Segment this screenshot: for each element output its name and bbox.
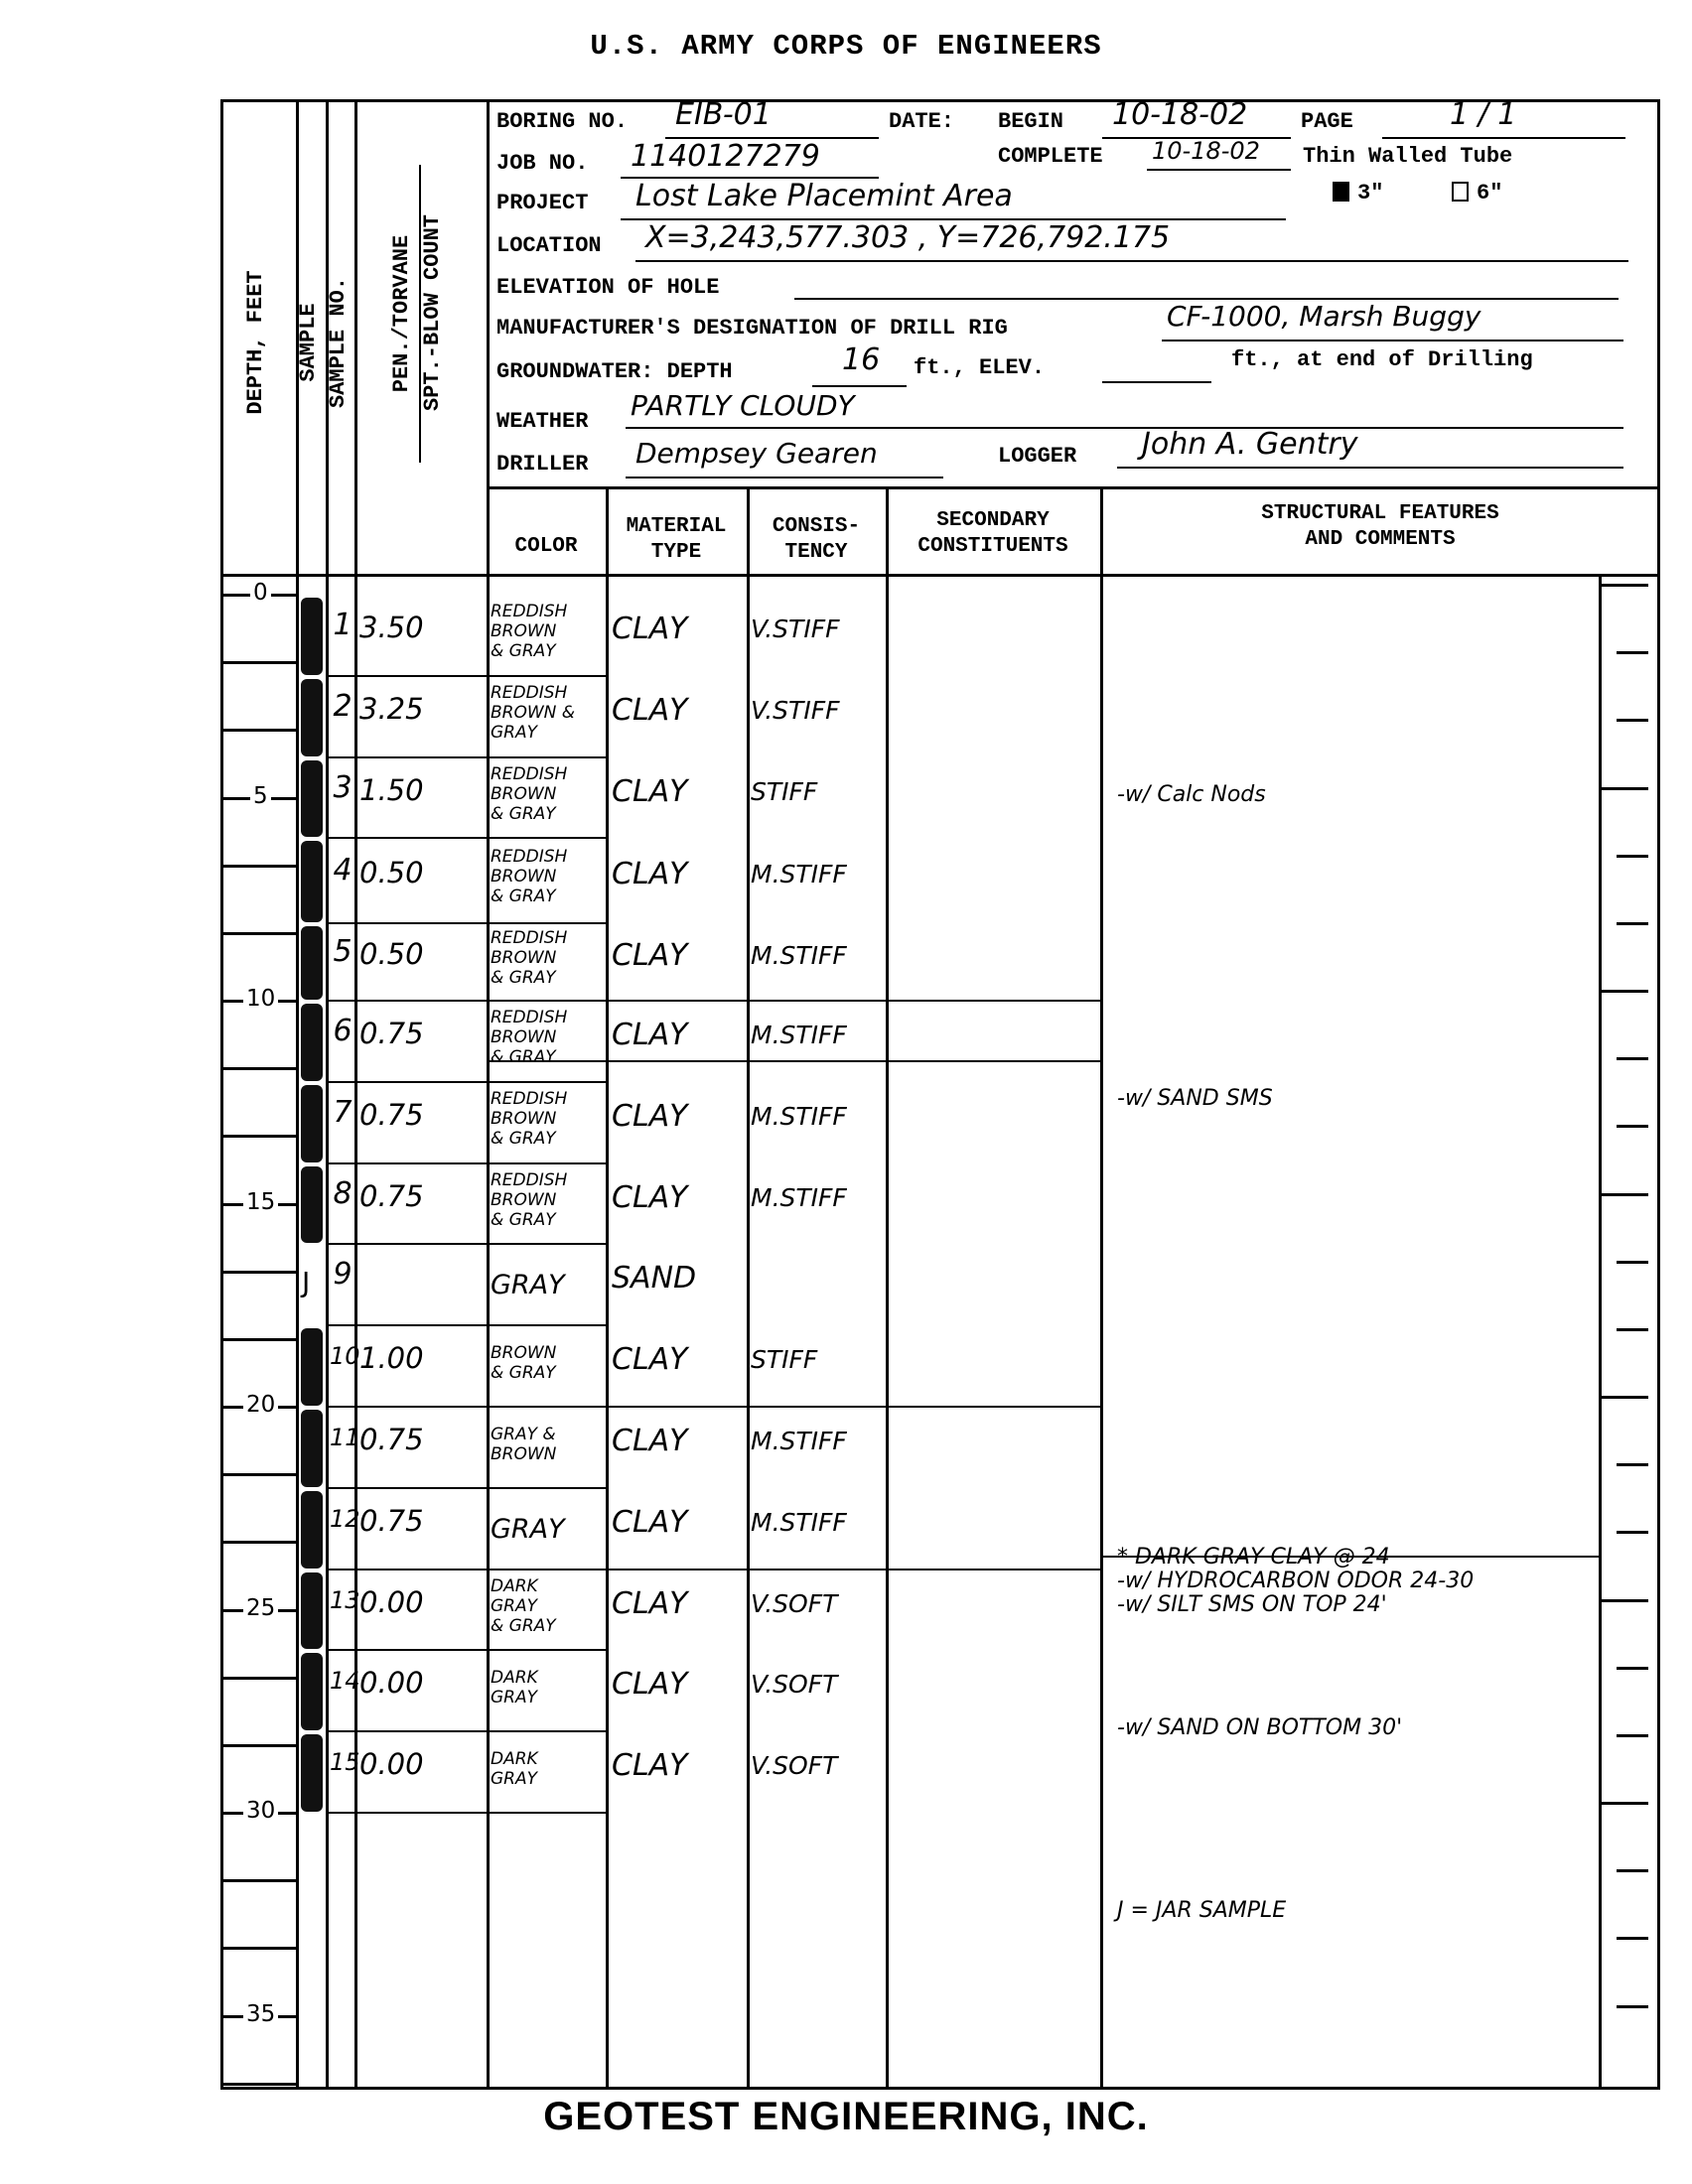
tube-sample-bar	[301, 760, 323, 838]
depth-tick	[220, 1541, 296, 1544]
row-separator	[326, 1324, 606, 1326]
right-scale-major-tick	[1601, 1193, 1648, 1196]
complete-date-value: 10-18-02	[1152, 137, 1260, 165]
sample-no: 11	[330, 1427, 355, 1448]
divider-pen-color	[487, 99, 490, 2090]
depth-tick	[220, 729, 296, 732]
material-type-value: CLAY	[612, 1106, 743, 1128]
divider-material-consistency	[747, 486, 750, 2090]
right-scale-major-tick	[1601, 787, 1648, 790]
row-separator	[326, 1812, 606, 1814]
depth-tick	[220, 1677, 296, 1680]
sample-no: 1	[330, 614, 355, 636]
tube-sample-bar	[301, 1166, 323, 1244]
consistency-value: STIFF	[751, 781, 884, 803]
color-value: REDDISH BROWN & GRAY	[491, 847, 606, 906]
job-no-value: 1140127279	[631, 139, 820, 174]
depth-tick	[220, 1744, 296, 1747]
right-scale-major-tick	[1601, 584, 1648, 587]
complete-label: COMPLETE	[998, 144, 1103, 169]
stratum-boundary	[487, 1569, 1102, 1570]
row-separator	[326, 1243, 606, 1245]
weather-label: WEATHER	[496, 409, 588, 434]
column-header-bottom-rule	[220, 574, 1660, 577]
color-value: GRAY	[491, 1273, 606, 1298]
sample-no: 14	[330, 1670, 355, 1692]
drill-rig-value: CF-1000, Marsh Buggy	[1167, 300, 1480, 333]
drill-rig-label: MANUFACTURER'S DESIGNATION OF DRILL RIG	[496, 316, 1008, 341]
tube-sample-bar	[301, 1491, 323, 1569]
tube-sample-bar	[301, 1734, 323, 1812]
sample-no: 5	[330, 941, 355, 963]
pen-torvane-value: 0.75	[359, 1185, 485, 1207]
column-header-comments: STRUCTURAL FEATURESAND COMMENTS	[1100, 501, 1660, 553]
color-value: REDDISH BROWN & GRAY	[491, 764, 606, 824]
depth-label: 5	[250, 783, 271, 809]
depth-label: 20	[243, 1392, 278, 1418]
comment-text: J = JAR SAMPLE	[1117, 1899, 1594, 1923]
pen-torvane-value: 0.00	[359, 1672, 485, 1694]
sample-no: 13	[330, 1589, 355, 1611]
color-value: DARK GRAY & GRAY	[491, 1576, 606, 1636]
depth-label: 35	[243, 2001, 278, 2027]
groundwater-depth-label: GROUNDWATER: DEPTH	[496, 359, 733, 384]
right-scale-tick	[1617, 1531, 1648, 1534]
column-header-consistency: CONSIS-TENCY	[747, 514, 886, 566]
pen-torvane-value: 3.25	[359, 698, 485, 720]
weather-value: PARTLY CLOUDY	[631, 389, 855, 422]
color-value: REDDISH BROWN & GRAY	[491, 928, 606, 988]
consistency-value: V.SOFT	[751, 1593, 884, 1615]
location-value: X=3,243,577.303 , Y=726,792.175	[645, 220, 1170, 255]
material-type-value: CLAY	[612, 945, 743, 967]
material-type-value: CLAY	[612, 864, 743, 886]
material-type-value: CLAY	[612, 1024, 743, 1046]
column-header-secondary: SECONDARYCONSTITUENTS	[886, 508, 1100, 560]
color-value: GRAY & BROWN	[491, 1425, 606, 1464]
groundwater-elev-label: ft., ELEV.	[914, 355, 1045, 380]
consistency-value: V.SOFT	[751, 1674, 884, 1696]
right-scale-tick	[1617, 855, 1648, 858]
right-scale-major-tick	[1601, 1802, 1648, 1805]
color-value: GRAY	[491, 1517, 606, 1543]
tube-sample-bar	[301, 841, 323, 922]
comment-text: -w/ SAND SMS	[1117, 1087, 1594, 1111]
right-scale-tick	[1617, 1463, 1648, 1466]
logger-underline	[1117, 467, 1623, 469]
consistency-value: V.STIFF	[751, 618, 884, 640]
sample-no: 15	[330, 1751, 355, 1773]
row-separator	[326, 1487, 606, 1489]
row-separator	[326, 1730, 606, 1732]
right-scale-tick	[1617, 1667, 1648, 1670]
right-scale-tick	[1617, 1937, 1648, 1940]
column-header-color: COLOR	[487, 534, 606, 560]
color-value: REDDISH BROWN & GRAY	[491, 1170, 606, 1230]
row-separator	[326, 1081, 606, 1083]
jar-sample-marker: J	[302, 1266, 310, 1298]
sample-no: 2	[330, 696, 355, 718]
depth-label: 15	[243, 1189, 278, 1215]
material-type-value: SAND	[612, 1268, 743, 1290]
right-scale-tick	[1617, 1261, 1648, 1264]
pen-torvane-value: 0.75	[359, 1104, 485, 1126]
color-value: REDDISH BROWN & GRAY	[491, 602, 606, 661]
pen-torvane-value: 0.50	[359, 943, 485, 965]
color-value: REDDISH BROWN & GRAY	[491, 1089, 606, 1149]
pen-torvane-value: 0.75	[359, 1429, 485, 1450]
column-header-sample-no: SAMPLE NO.	[326, 194, 355, 491]
column-header-material: MATERIALTYPE	[606, 514, 747, 566]
row-separator	[326, 675, 606, 677]
consistency-value: M.STIFF	[751, 1512, 884, 1534]
column-header-depth: DEPTH, FEET	[243, 194, 273, 491]
right-scale-tick	[1617, 1057, 1648, 1060]
divider-color-material	[606, 486, 609, 2090]
material-type-value: CLAY	[612, 1755, 743, 1777]
depth-tick	[220, 1879, 296, 1882]
right-scale-tick	[1617, 922, 1648, 925]
row-separator	[326, 756, 606, 758]
color-value: DARK GRAY	[491, 1668, 606, 1707]
column-header-sample: SAMPLE	[296, 194, 326, 491]
groundwater-elev-underline	[1102, 381, 1211, 383]
logger-label: LOGGER	[998, 444, 1076, 469]
consistency-value: M.STIFF	[751, 1431, 884, 1452]
row-separator	[326, 837, 606, 839]
comment-text: * DARK GRAY CLAY @ 24 -w/ HYDROCARBON OD…	[1117, 1546, 1594, 1617]
sample-no: 6	[330, 1021, 355, 1042]
material-type-value: CLAY	[612, 1349, 743, 1371]
groundwater-end-label: ft., at end of Drilling	[1231, 347, 1533, 372]
right-scale-major-tick	[1601, 1599, 1648, 1602]
tube-sample-bar	[301, 1004, 323, 1081]
stratum-boundary	[487, 1406, 1102, 1408]
sample-no: 7	[330, 1102, 355, 1124]
groundwater-depth-value: 16	[842, 342, 880, 377]
begin-label: BEGIN	[998, 109, 1063, 134]
pen-torvane-value: 0.75	[359, 1510, 485, 1532]
job-no-label: JOB NO.	[496, 151, 588, 176]
material-type-value: CLAY	[612, 1431, 743, 1452]
right-scale-tick	[1617, 2005, 1648, 2008]
right-scale-tick	[1617, 651, 1648, 654]
agency-title: U.S. ARMY CORPS OF ENGINEERS	[0, 30, 1692, 63]
weather-underline	[626, 427, 1623, 429]
depth-tick	[220, 932, 296, 935]
boring-no-value: EIB-01	[675, 97, 772, 132]
consistency-value: V.STIFF	[751, 700, 884, 722]
pen-torvane-value: 0.00	[359, 1591, 485, 1613]
color-value: REDDISH BROWN & GRAY	[491, 683, 606, 743]
color-value: DARK GRAY	[491, 1749, 606, 1789]
sample-no: 9	[330, 1264, 355, 1286]
header-bottom-rule	[487, 486, 1660, 489]
tube-sample-bar	[301, 1653, 323, 1730]
comment-text: -w/ Calc Nods	[1117, 783, 1594, 807]
consistency-value: M.STIFF	[751, 1106, 884, 1128]
material-type-value: CLAY	[612, 700, 743, 722]
consistency-value: M.STIFF	[751, 1187, 884, 1209]
page-underline	[1382, 137, 1625, 139]
depth-tick	[220, 1067, 296, 1070]
tube-sample-bar	[301, 1572, 323, 1650]
depth-tick	[220, 1271, 296, 1274]
tube-sample-bar	[301, 1085, 323, 1162]
date-label: DATE:	[889, 109, 954, 134]
depth-label: 30	[243, 1798, 278, 1824]
divider-consistency-secondary	[886, 486, 889, 2090]
depth-label: 10	[243, 986, 278, 1012]
tube-sample-bar	[301, 598, 323, 675]
pen-torvane-value: 1.00	[359, 1347, 485, 1369]
pen-torvane-value: 1.50	[359, 779, 485, 801]
sample-no: 3	[330, 777, 355, 799]
location-underline	[635, 260, 1628, 262]
row-separator	[326, 922, 606, 924]
right-scale-tick	[1617, 1734, 1648, 1737]
driller-value: Dempsey Gearen	[635, 437, 878, 470]
comment-text: -w/ SAND ON BOTTOM 30'	[1117, 1716, 1594, 1740]
drill-rig-underline	[1162, 340, 1623, 341]
color-value: REDDISH BROWN & GRAY	[491, 1008, 606, 1067]
right-scale-major-tick	[1601, 1396, 1648, 1399]
right-scale-major-tick	[1601, 990, 1648, 993]
row-separator	[326, 1649, 606, 1651]
divider-secondary-comments	[1100, 486, 1103, 2090]
material-type-value: CLAY	[612, 1674, 743, 1696]
groundwater-depth-underline	[812, 385, 907, 387]
consistency-value: M.STIFF	[751, 864, 884, 886]
complete-underline	[1147, 169, 1291, 171]
logger-value: John A. Gentry	[1142, 427, 1358, 462]
column-header-spt-blow-count: SPT.-BLOW COUNT	[420, 164, 450, 462]
depth-tick	[220, 1947, 296, 1950]
company-footer: GEOTEST ENGINEERING, INC.	[0, 2095, 1692, 2139]
color-value: BROWN & GRAY	[491, 1343, 606, 1383]
pen-torvane-value: 3.50	[359, 616, 485, 638]
consistency-value: STIFF	[751, 1349, 884, 1371]
tube-sample-bar	[301, 1410, 323, 1487]
pen-torvane-value: 0.50	[359, 862, 485, 884]
page-label: PAGE	[1301, 109, 1353, 134]
sample-no: 12	[330, 1508, 355, 1530]
checkbox-3in-checked-icon[interactable]	[1333, 182, 1349, 202]
depth-tick	[220, 2083, 296, 2086]
consistency-value: M.STIFF	[751, 1024, 884, 1046]
sampler-option-3in[interactable]: 3"	[1333, 181, 1383, 205]
depth-tick	[220, 661, 296, 664]
location-label: LOCATION	[496, 233, 602, 258]
driller-label: DRILLER	[496, 452, 588, 477]
driller-underline	[626, 477, 943, 478]
checkbox-6in-empty-icon[interactable]	[1452, 182, 1469, 202]
consistency-value: M.STIFF	[751, 945, 884, 967]
tube-sample-bar	[301, 926, 323, 1000]
page-value: 1 / 1	[1450, 97, 1516, 132]
depth-tick	[220, 1473, 296, 1476]
begin-date-value: 10-18-02	[1112, 97, 1247, 132]
material-type-value: CLAY	[612, 1512, 743, 1534]
project-value: Lost Lake Placemint Area	[635, 179, 1013, 213]
row-separator	[326, 1162, 606, 1164]
depth-label: 25	[243, 1595, 278, 1621]
depth-tick	[220, 1338, 296, 1341]
elevation-label: ELEVATION OF HOLE	[496, 275, 719, 300]
consistency-value: V.SOFT	[751, 1755, 884, 1777]
pen-torvane-value: 0.75	[359, 1023, 485, 1044]
stratum-boundary	[487, 1000, 1102, 1002]
depth-label: 0	[250, 580, 271, 606]
right-scale-tick	[1617, 719, 1648, 722]
right-scale-tick	[1617, 1869, 1648, 1872]
stratum-boundary	[487, 1060, 1102, 1062]
divider-comments-scale	[1599, 574, 1602, 2090]
tube-sample-bar	[301, 679, 323, 756]
depth-tick	[220, 865, 296, 868]
sample-no: 8	[330, 1183, 355, 1205]
material-type-value: CLAY	[612, 1187, 743, 1209]
material-type-value: CLAY	[612, 1593, 743, 1615]
right-scale-tick	[1617, 1328, 1648, 1331]
depth-tick	[220, 1135, 296, 1138]
sample-no: 4	[330, 860, 355, 882]
sampler-option-6in[interactable]: 6"	[1452, 181, 1502, 205]
pen-torvane-value: 0.00	[359, 1753, 485, 1775]
material-type-value: CLAY	[612, 781, 743, 803]
sample-no: 10	[330, 1345, 355, 1367]
sampler-label: Thin Walled Tube	[1303, 144, 1512, 169]
tube-sample-bar	[301, 1328, 323, 1406]
right-scale-tick	[1617, 1125, 1648, 1128]
project-label: PROJECT	[496, 191, 588, 215]
column-header-pen-torvane: PEN./TORVANE	[389, 165, 421, 463]
boring-no-label: BORING NO.	[496, 109, 628, 134]
material-type-value: CLAY	[612, 618, 743, 640]
